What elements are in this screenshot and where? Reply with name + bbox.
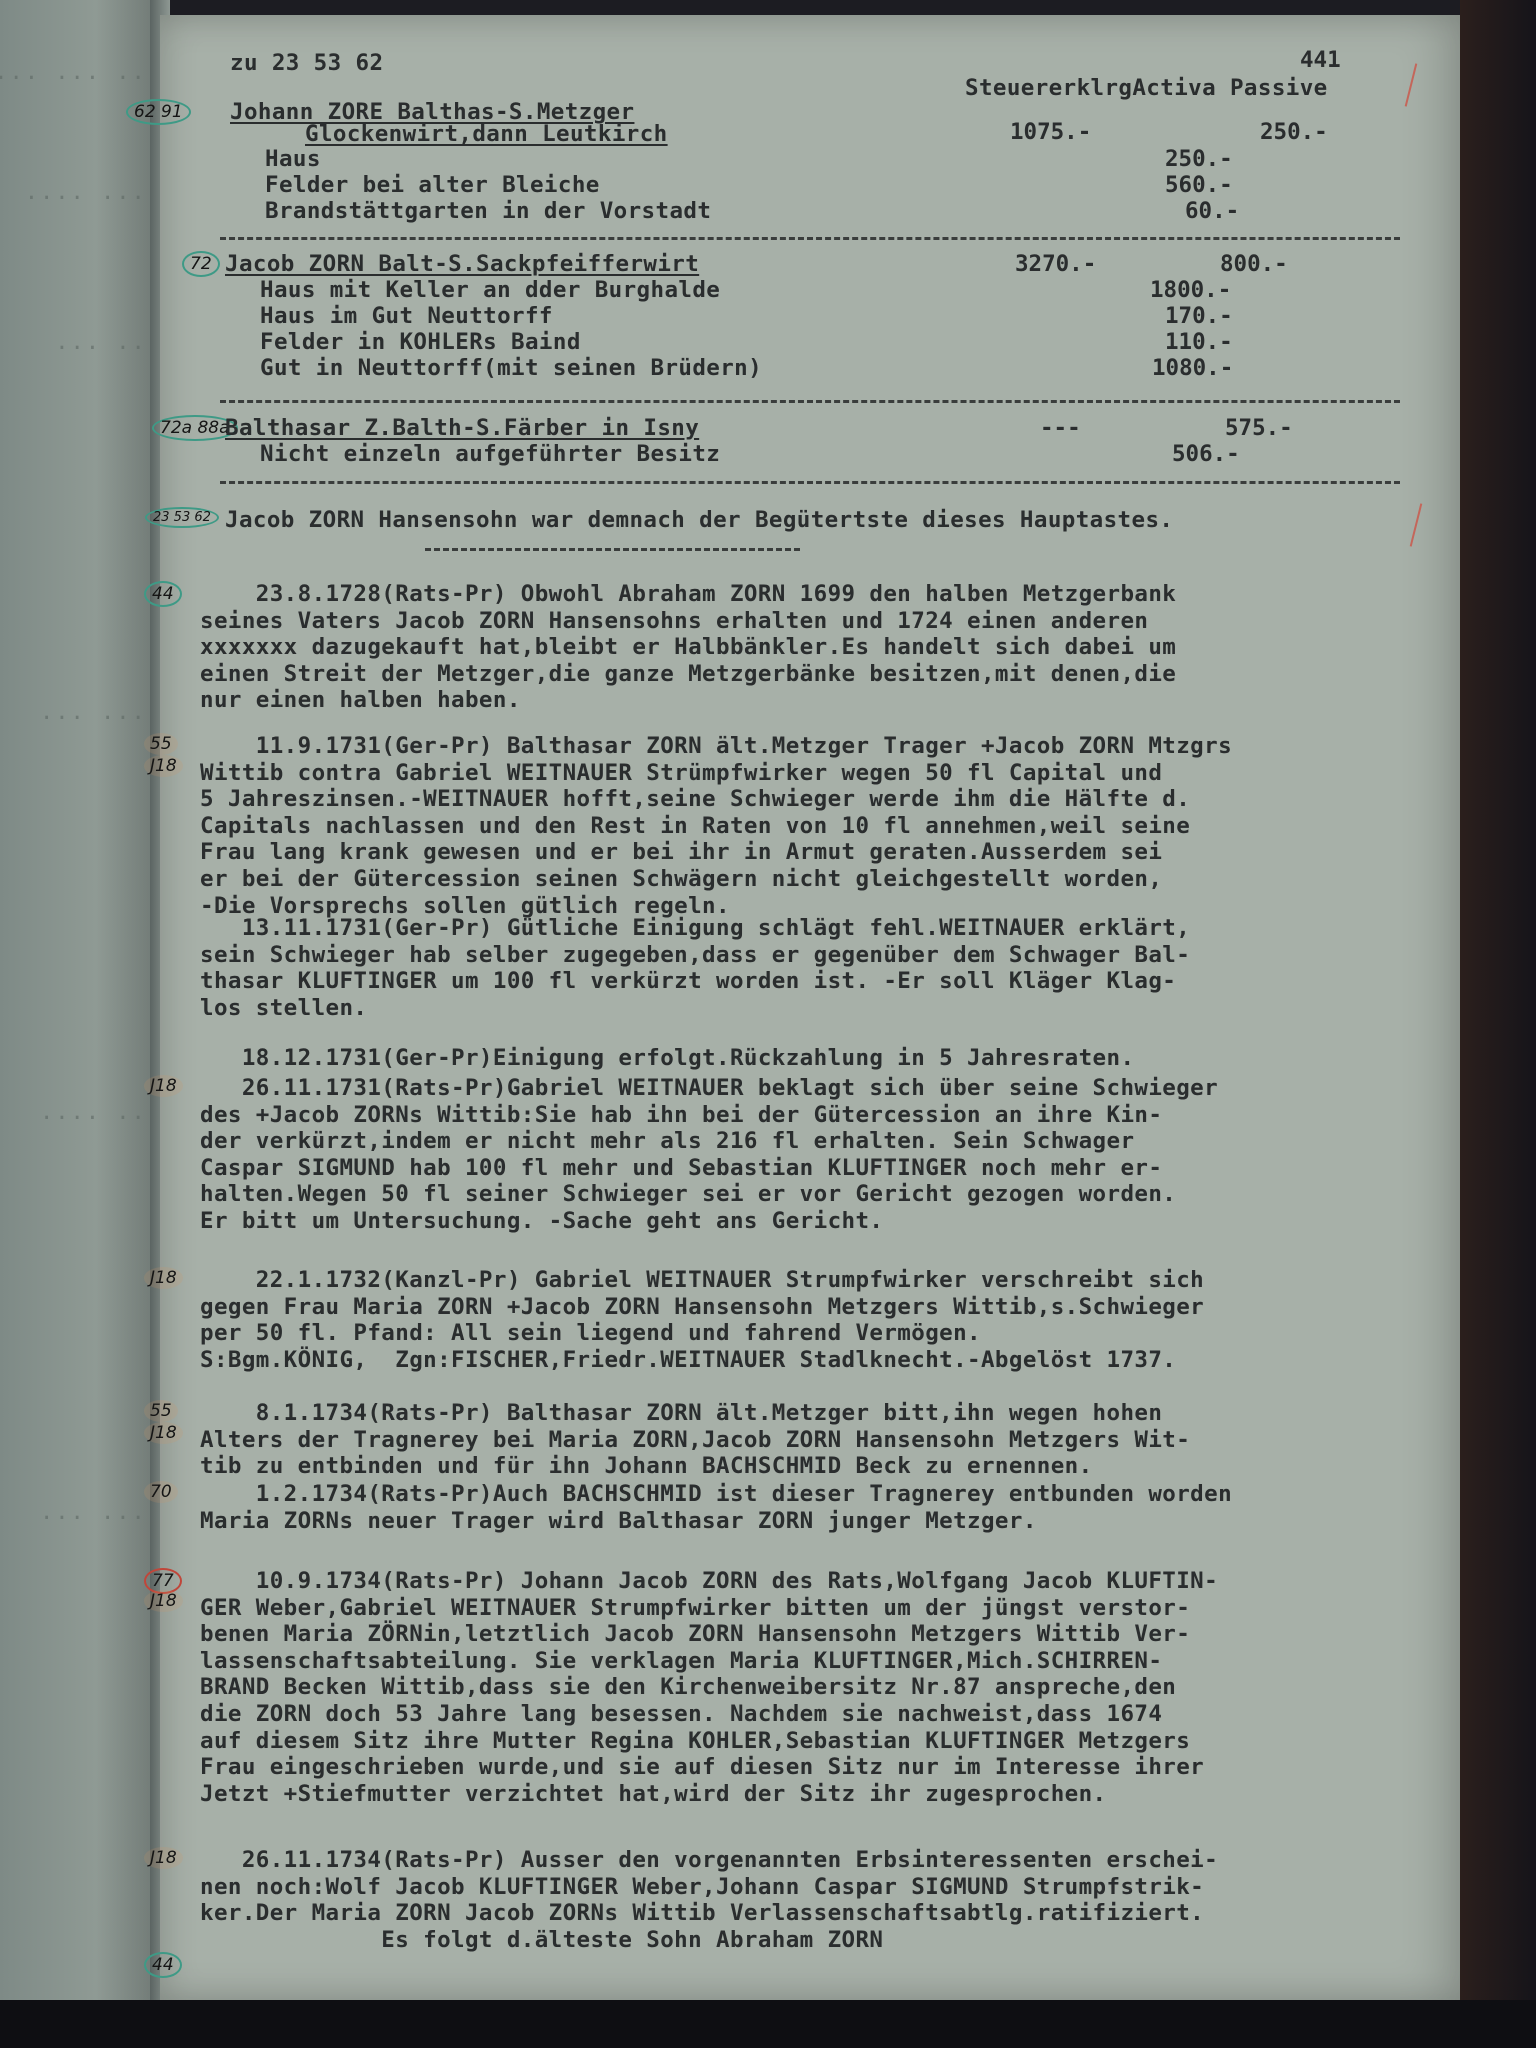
holding-owner: Balthasar Z.Balth-S.Färber in Isny [225, 415, 699, 441]
steuer-value: 3270.- [1015, 251, 1096, 277]
entry-line: Wittib contra Gabriel WEITNAUER Strümpfw… [200, 760, 1162, 786]
activa-value: 110.- [1165, 329, 1233, 355]
entry-line: lassenschaftsabteilung. Sie verklagen Ma… [200, 1648, 1162, 1674]
separator [425, 548, 800, 551]
margin-reference: 55 [144, 1400, 178, 1422]
holding-owner: Jacob ZORN Balt-S.Sackpfeifferwirt [225, 251, 699, 277]
holding-item: Haus im Gut Neuttorff [260, 303, 553, 329]
entry-line: 1.2.1734(Rats-Pr)Auch BACHSCHMID ist die… [200, 1481, 1232, 1507]
margin-reference: J18 [144, 1590, 183, 1612]
holding-item: Nicht einzeln aufgeführter Besitz [260, 441, 720, 467]
passive-value: 575.- [1225, 415, 1293, 441]
entry-line: Maria ZORNs neuer Trager wird Balthasar … [200, 1508, 1037, 1534]
entry-line: auf diesem Sitz ihre Mutter Regina KOHLE… [200, 1728, 1190, 1754]
entry-line: nur einen halben haben. [200, 687, 521, 713]
entry-line: Caspar SIGMUND hab 100 fl mehr und Sebas… [200, 1155, 1162, 1181]
margin-reference: 55 [144, 733, 178, 755]
margin-reference: 44 [144, 1952, 182, 1978]
entry-line: benen Maria ZÖRNin,letztlich Jacob ZORN … [200, 1621, 1190, 1647]
activa-value: 506.- [1172, 441, 1240, 467]
entry-line: 10.9.1734(Rats-Pr) Johann Jacob ZORN des… [200, 1568, 1218, 1594]
entry-line: ker.Der Maria ZORN Jacob ZORNs Wittib Ve… [200, 1900, 1204, 1926]
entry-line: nen noch:Wolf Jacob KLUFTINGER Weber,Joh… [200, 1874, 1204, 1900]
summary-text: Jacob ZORN Hansensohn war demnach der Be… [225, 507, 1173, 533]
reference-line: zu 23 53 62 [230, 50, 383, 76]
entry-line: S:Bgm.KÖNIG, Zgn:FISCHER,Friedr.WEITNAUE… [200, 1347, 1176, 1373]
holding-item: Felder bei alter Bleiche [265, 172, 600, 198]
entry-line: 11.9.1731(Ger-Pr) Balthasar ZORN ält.Met… [200, 733, 1232, 759]
entry-line: Frau eingeschrieben wurde,und sie auf di… [200, 1754, 1204, 1780]
red-check-mark [1405, 63, 1418, 106]
activa-value: 1800.- [1150, 277, 1231, 303]
steuer-value: --- [1040, 415, 1081, 441]
facing-page: ... ... ... .... .... ... ... .... ... .… [0, 0, 160, 2048]
entry-line: Frau lang krank gewesen und er bei ihr i… [200, 839, 1162, 865]
separator [220, 481, 1400, 484]
activa-value: 170.- [1165, 303, 1233, 329]
entry-line: halten.Wegen 50 fl seiner Schwieger sei … [200, 1181, 1176, 1207]
entry-line: per 50 fl. Pfand: All sein liegend und f… [200, 1320, 981, 1346]
page-number: 441 [1300, 47, 1341, 73]
entry-line: gegen Frau Maria ZORN +Jacob ZORN Hansen… [200, 1294, 1204, 1320]
margin-reference: 62 91 [126, 99, 191, 125]
entry-line: Alters der Tragnerey bei Maria ZORN,Jaco… [200, 1427, 1190, 1453]
column-header: SteuererklrgActiva Passive [965, 75, 1328, 101]
entry-line: 18.12.1731(Ger-Pr)Einigung erfolgt.Rückz… [200, 1045, 1134, 1071]
holding-item: Brandstättgarten in der Vorstadt [265, 198, 711, 224]
entry-line: des +Jacob ZORNs Wittib:Sie hab ihn bei … [200, 1102, 1162, 1128]
entry-line: tib zu entbinden und für ihn Johann BACH… [200, 1453, 1093, 1479]
holding-item: Felder in KOHLERs Baind [260, 329, 581, 355]
margin-reference: J18 [144, 1267, 183, 1289]
background [0, 2000, 1536, 2048]
steuer-value: 1075.- [1010, 119, 1091, 145]
entry-line: der verkürzt,indem er nicht mehr als 216… [200, 1128, 1134, 1154]
margin-reference: J18 [144, 1847, 183, 1869]
margin-reference: 23 53 62 [145, 507, 219, 528]
entry-line: 26.11.1731(Rats-Pr)Gabriel WEITNAUER bek… [200, 1075, 1218, 1101]
entry-line: er bei der Gütercession seinen Schwägern… [200, 866, 1162, 892]
typewritten-page: zu 23 53 62 441 SteuererklrgActiva Passi… [160, 15, 1460, 2000]
entry-line: 23.8.1728(Rats-Pr) Obwohl Abraham ZORN 1… [200, 581, 1176, 607]
entry-line: einen Streit der Metzger,die ganze Metzg… [200, 661, 1176, 687]
margin-reference: J18 [144, 1422, 183, 1444]
activa-value: 560.- [1165, 172, 1233, 198]
entry-line: thasar KLUFTINGER um 100 fl verkürzt wor… [200, 968, 1176, 994]
passive-value: 250.- [1260, 119, 1328, 145]
entry-line: seines Vaters Jacob ZORN Hansensohns erh… [200, 608, 1148, 634]
holding-item: Gut in Neuttorff(mit seinen Brüdern) [260, 355, 762, 381]
passive-value: 800.- [1220, 251, 1288, 277]
activa-value: 1080.- [1152, 355, 1233, 381]
entry-line: xxxxxxx dazugekauft hat,bleibt er Halbbä… [200, 634, 1176, 660]
entry-line: Er bitt um Untersuchung. -Sache geht ans… [200, 1208, 883, 1234]
entry-line: 8.1.1734(Rats-Pr) Balthasar ZORN ält.Met… [200, 1400, 1162, 1426]
margin-reference: 70 [144, 1481, 178, 1503]
entry-line: Capitals nachlassen und den Rest in Rate… [200, 813, 1190, 839]
entry-line: los stellen. [200, 995, 367, 1021]
margin-reference: 44 [144, 581, 182, 607]
entry-line: 22.1.1732(Kanzl-Pr) Gabriel WEITNAUER St… [200, 1267, 1204, 1293]
entry-line: Jetzt +Stiefmutter verzichtet hat,wird d… [200, 1781, 1107, 1807]
separator [220, 237, 1400, 240]
entry-line: 26.11.1734(Rats-Pr) Ausser den vorgenann… [200, 1847, 1218, 1873]
entry-line: Es folgt d.älteste Sohn Abraham ZORN [200, 1927, 883, 1953]
red-check-mark [1410, 503, 1423, 546]
entry-line: GER Weber,Gabriel WEITNAUER Strumpfwirke… [200, 1595, 1190, 1621]
book-cover-edge [1460, 0, 1536, 2048]
holding-item: Haus mit Keller an dder Burghalde [260, 277, 720, 303]
entry-line: sein Schwieger hab selber zugegeben,dass… [200, 942, 1190, 968]
activa-value: 60.- [1185, 198, 1239, 224]
holding-owner-line2: Glockenwirt,dann Leutkirch [305, 121, 668, 147]
margin-reference: 72 [182, 251, 220, 277]
margin-reference: J18 [144, 1075, 183, 1097]
holding-item: Haus [265, 146, 321, 172]
entry-line: 5 Jahreszinsen.-WEITNAUER hofft,seine Sc… [200, 786, 1190, 812]
separator [220, 400, 1400, 403]
activa-value: 250.- [1165, 146, 1233, 172]
entry-line: BRAND Becken Wittib,dass sie den Kirchen… [200, 1674, 1176, 1700]
entry-line: die ZORN doch 53 Jahre lang besessen. Na… [200, 1701, 1162, 1727]
margin-reference: J18 [144, 755, 183, 777]
entry-line: 13.11.1731(Ger-Pr) Gütliche Einigung sch… [200, 915, 1190, 941]
